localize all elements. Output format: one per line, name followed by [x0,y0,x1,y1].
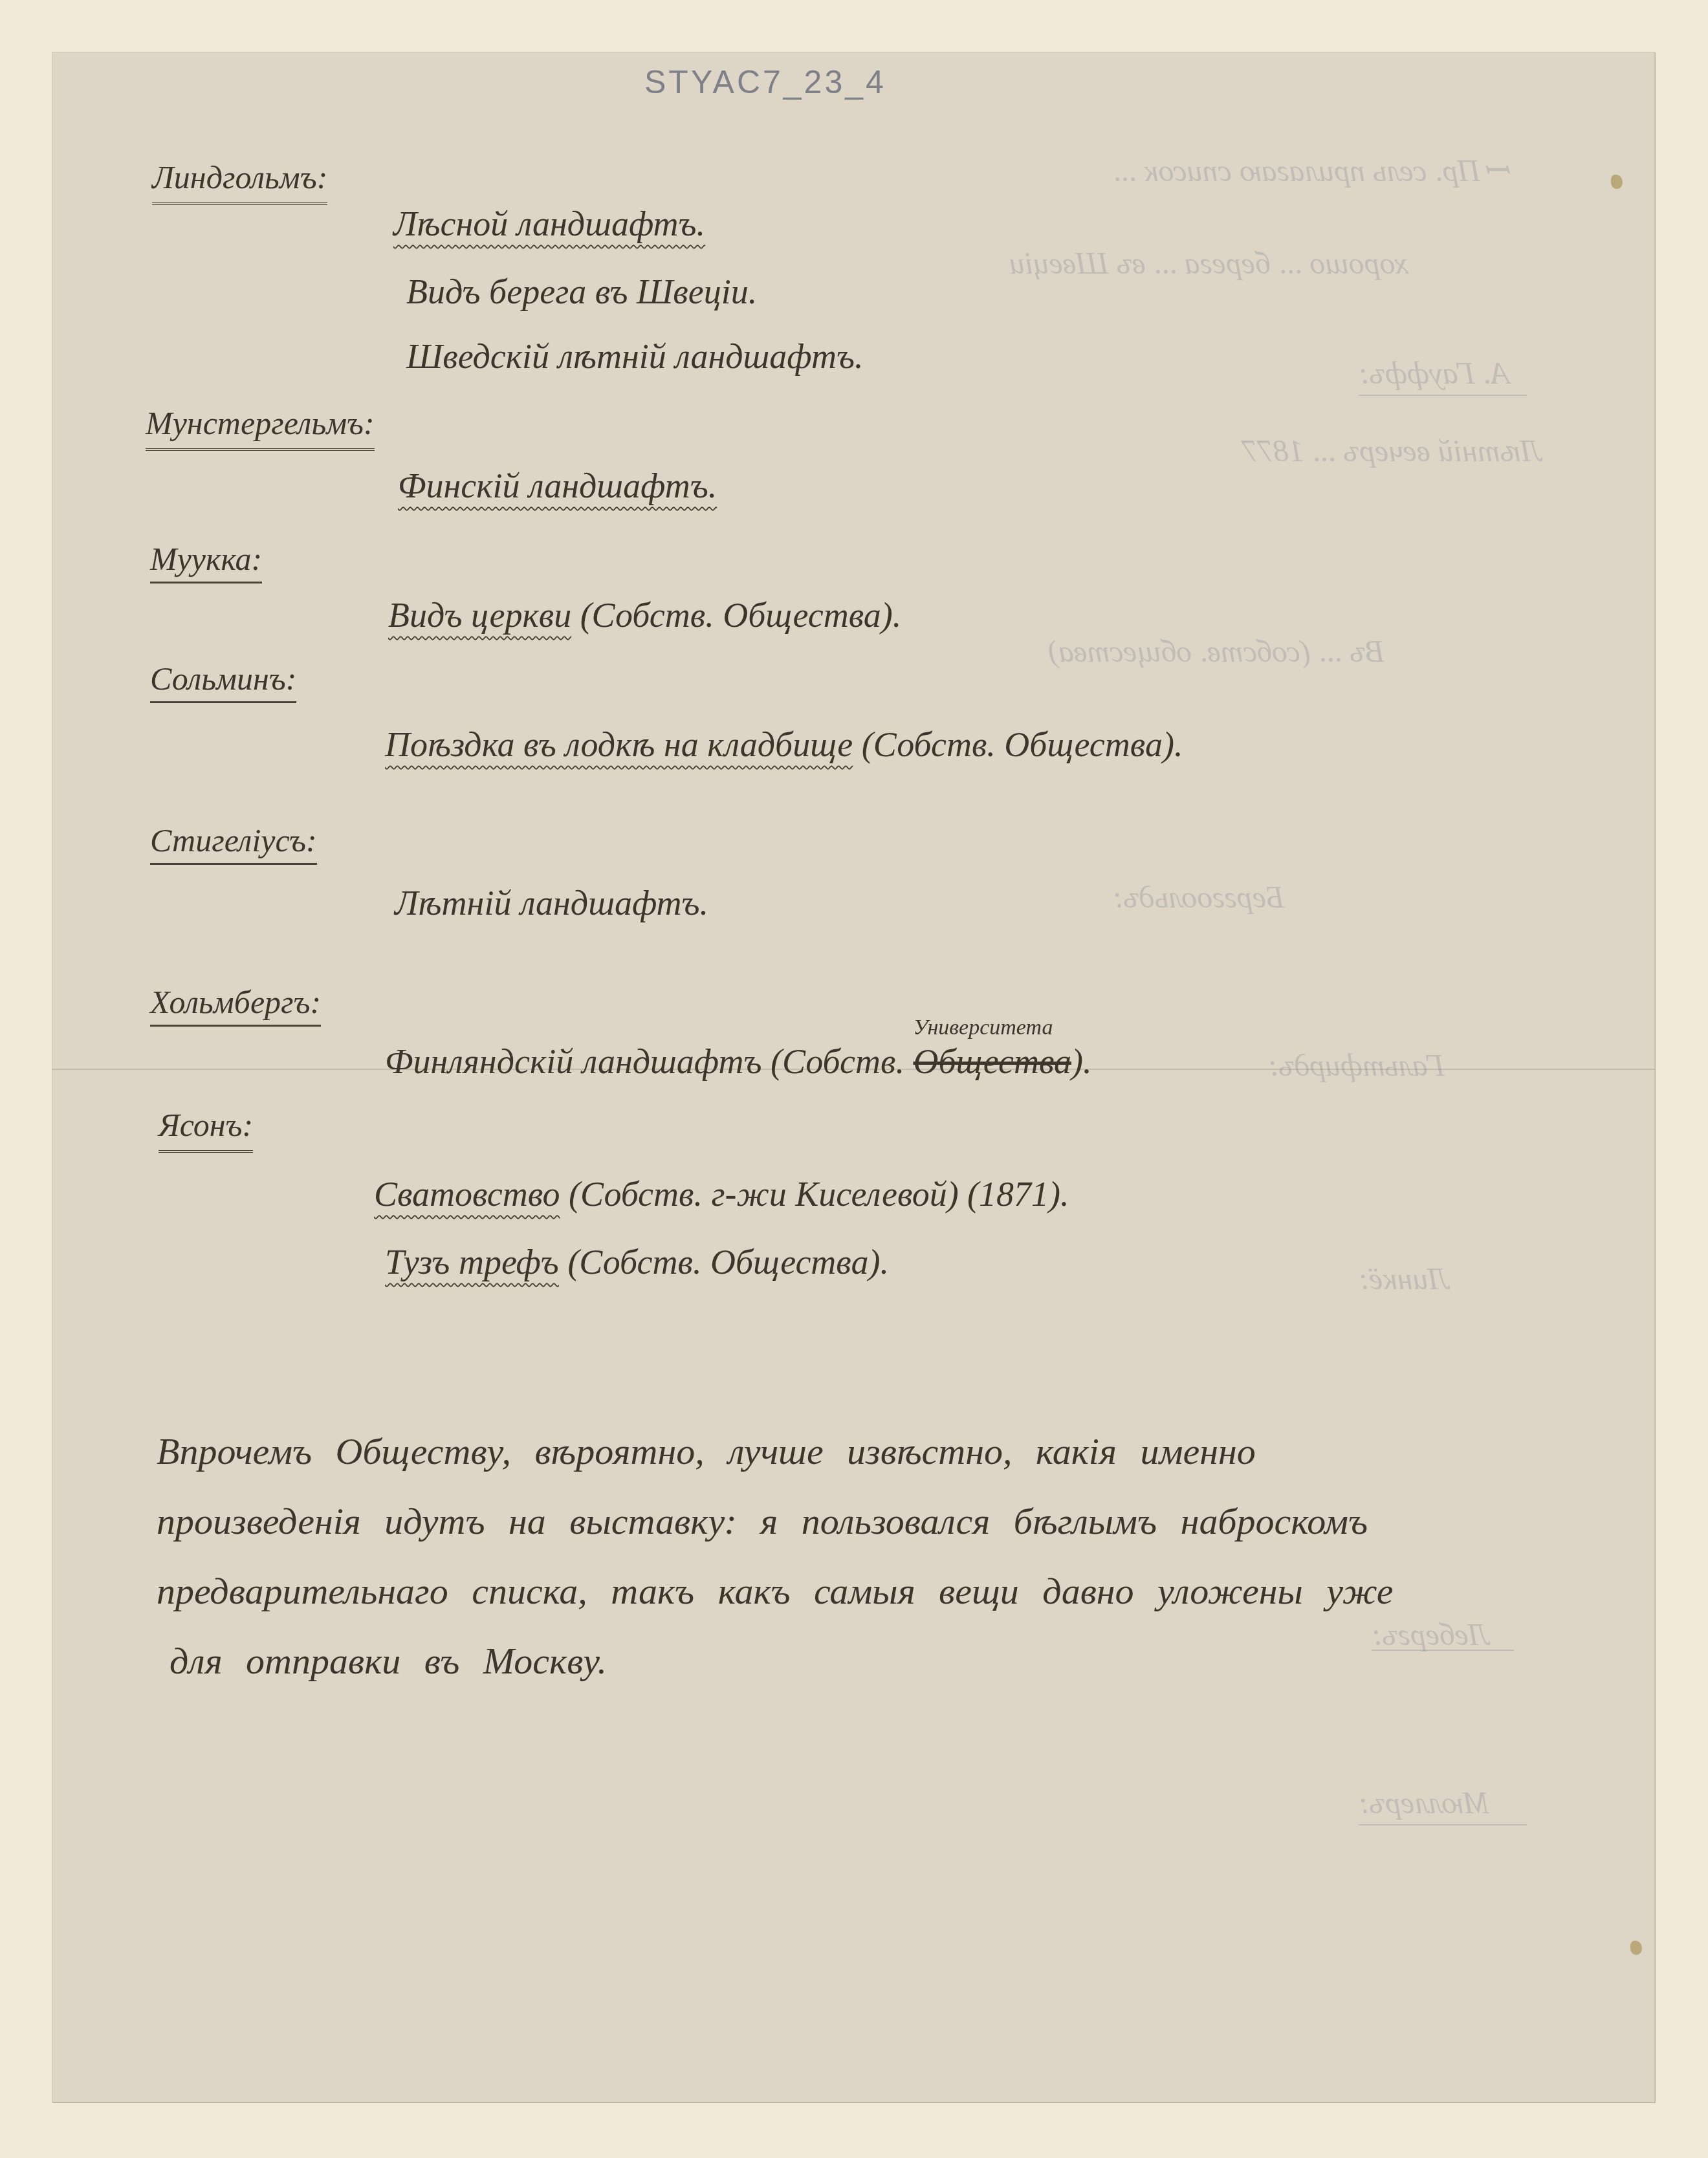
bleed-through: Гальтфирдъ: [1268,1048,1445,1084]
artist-heading: Стигеліусъ: [150,822,317,865]
work-item: Лѣсной ландшафтъ. [393,204,705,244]
owner-correction: Университета Общества [913,1041,1071,1082]
bleed-through: ꟷ Пр. сель прилагаю список ... [1113,149,1513,191]
paragraph-line: произведенія идутъ на выставку: я пользо… [157,1487,1606,1556]
work-item: Финляндскій ландшафтъ (Собств. Университ… [385,1041,1092,1082]
artist-heading: Сольминъ: [150,660,296,703]
paragraph-line: Впрочемъ Обществу, вѣроятно, лучше извѣс… [157,1417,1606,1487]
work-item: Лѣтній ландшафтъ. [395,883,708,923]
work-item: Видъ церкви (Собств. Общества). [388,595,901,635]
paper-blemish [1630,1941,1642,1955]
bleed-through: Линкё: [1359,1261,1449,1297]
work-item: Сватовство (Собств. г-жи Киселевой) (187… [374,1174,1069,1214]
bleed-through: Берггоольдъ: [1113,880,1284,915]
paragraph-line: для отправки въ Москву. [157,1626,1606,1696]
work-item: Финскій ландшафтъ. [398,466,717,506]
bleed-through: А. Гауффъ: [1359,356,1509,391]
artist-heading: Муукка: [150,540,262,583]
bleed-through: Лѣтній вечеръ ... 1877 [1242,433,1542,469]
work-item: Шведскій лѣтній ландшафтъ. [406,336,864,376]
paragraph-line: предварительнаго списка, такъ какъ самыя… [157,1556,1606,1626]
closing-paragraph: Впрочемъ Обществу, вѣроятно, лучше извѣс… [157,1417,1606,1696]
bleed-through: хорошо ... берега ... въ Швеціи [1009,246,1408,281]
paper-blemish [1611,175,1623,189]
bleed-through: Мюллеръ: [1359,1785,1489,1821]
artist-heading: Мунстергельмъ: [146,404,375,451]
artist-heading: Линдгольмъ: [152,158,327,205]
bleed-through [1359,1824,1527,1826]
work-item: Тузъ трефъ (Собств. Общества). [385,1242,889,1282]
bleed-through [1359,395,1527,396]
catalog-mark: STYAC7_23_4 [644,63,886,101]
work-item: Видъ берега въ Швеціи. [406,272,757,312]
artist-heading: Хольмбергъ: [150,983,321,1027]
struck-text: Общества [913,1042,1071,1081]
bleed-through: Въ ... (собств. общества) [1048,634,1385,670]
artist-heading: Ясонъ: [159,1106,253,1153]
correction-text: Университета [913,1016,1053,1040]
work-item: Поѣздка въ лодкѣ на кладбище (Собств. Об… [385,725,1183,765]
